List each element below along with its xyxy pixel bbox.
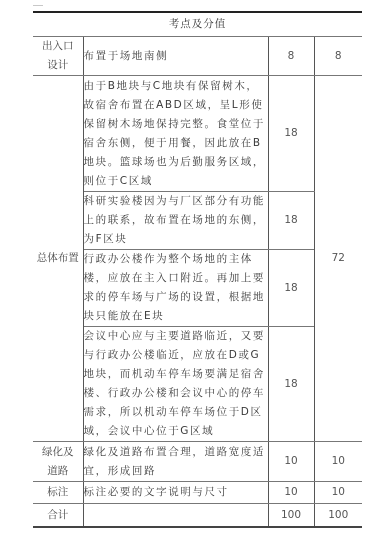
page-corner-mark (33, 5, 43, 6)
score-cell: 100 (268, 504, 314, 528)
category-cell: 总体布置 (33, 76, 83, 442)
description-cell: 行政办公楼作为整个场地的主体楼，应放在主入口附近。再加上要求的停车场与广场的设置… (83, 250, 268, 327)
description-cell: 科研实验楼因为与厂区部分有功能上的联系，故布置在场地的东侧，为F区块 (83, 192, 268, 250)
table-header-row: 考点及分值 (33, 12, 362, 37)
total-cell: 8 (314, 37, 362, 76)
table-row: 会议中心应与主要道路临近，又要与行政办公楼临近，应放在D或G地块，而机动车停车场… (33, 327, 362, 442)
category-line: 绿化及 (33, 443, 83, 462)
total-cell: 10 (314, 442, 362, 482)
score-cell: 18 (268, 76, 314, 192)
category-cell: 绿化及 道路 (33, 442, 83, 482)
table-row: 标注 标注必要的文字说明与尺寸 10 10 (33, 482, 362, 504)
category-line: 道路 (33, 462, 83, 481)
category-cell: 标注 (33, 482, 83, 504)
scoring-table: 考点及分值 出入口 设计 布置于场地南侧 8 8 总体布置 由于B地块与C地块有… (33, 11, 362, 528)
score-cell: 18 (268, 327, 314, 442)
total-cell: 10 (314, 482, 362, 504)
table-row: 绿化及 道路 绿化及道路布置合理，道路宽度适宜，形成回路 10 10 (33, 442, 362, 482)
description-cell: 布置于场地南侧 (83, 37, 268, 76)
table-row-total: 合计 100 100 (33, 504, 362, 528)
total-cell: 100 (314, 504, 362, 528)
total-cell: 72 (314, 76, 362, 442)
description-cell (83, 504, 268, 528)
table-row: 科研实验楼因为与厂区部分有功能上的联系，故布置在场地的东侧，为F区块 18 (33, 192, 362, 250)
score-cell: 10 (268, 442, 314, 482)
score-cell: 8 (268, 37, 314, 76)
description-cell: 由于B地块与C地块有保留树木，故宿舍布置在ABD区域，呈L形使保留树木场地保持完… (83, 76, 268, 192)
category-cell: 出入口 设计 (33, 37, 83, 76)
description-cell: 标注必要的文字说明与尺寸 (83, 482, 268, 504)
description-cell: 绿化及道路布置合理，道路宽度适宜，形成回路 (83, 442, 268, 482)
category-cell: 合计 (33, 504, 83, 528)
table-row: 总体布置 由于B地块与C地块有保留树木，故宿舍布置在ABD区域，呈L形使保留树木… (33, 76, 362, 192)
category-line: 设计 (33, 56, 83, 75)
score-cell: 18 (268, 250, 314, 327)
category-line: 出入口 (33, 37, 83, 56)
score-cell: 10 (268, 482, 314, 504)
score-cell: 18 (268, 192, 314, 250)
table-row: 行政办公楼作为整个场地的主体楼，应放在主入口附近。再加上要求的停车场与广场的设置… (33, 250, 362, 327)
table-row: 出入口 设计 布置于场地南侧 8 8 (33, 37, 362, 76)
description-cell: 会议中心应与主要道路临近，又要与行政办公楼临近，应放在D或G地块，而机动车停车场… (83, 327, 268, 442)
table-header: 考点及分值 (33, 12, 362, 37)
